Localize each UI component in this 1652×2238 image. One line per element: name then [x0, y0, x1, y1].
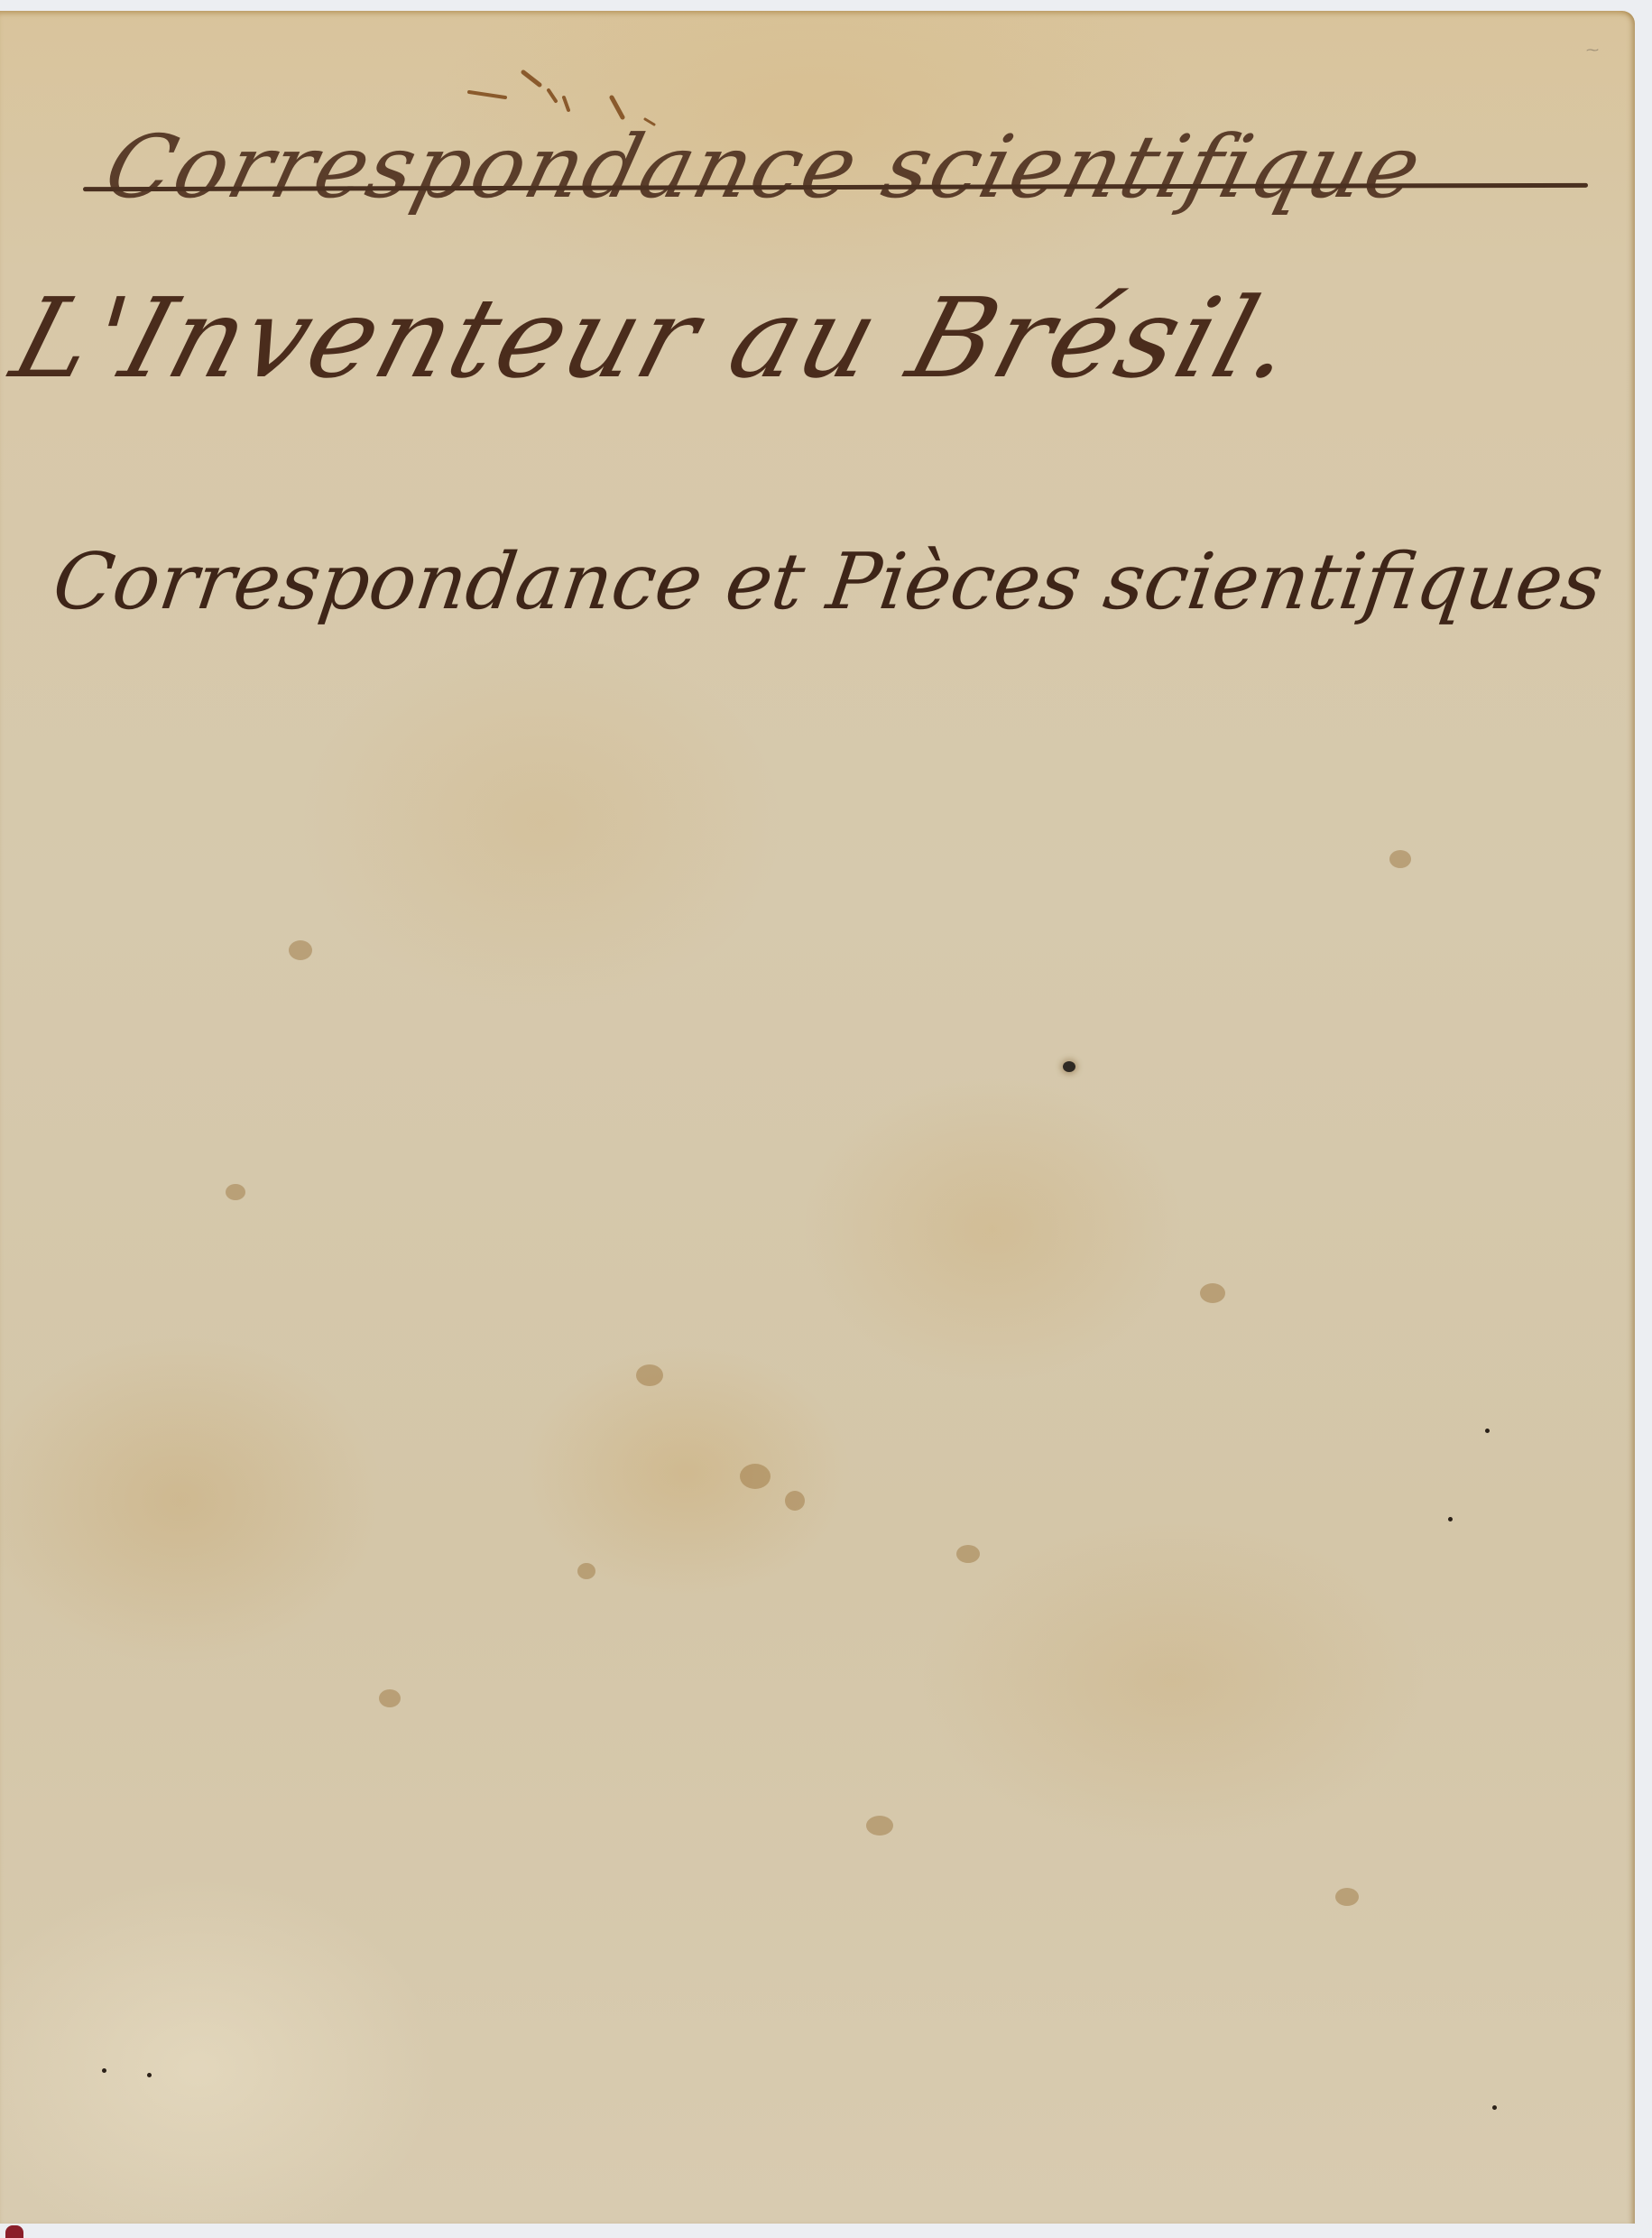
foxing-spot [740, 1464, 771, 1489]
foxing-spot [1200, 1283, 1225, 1303]
foxing-spot [577, 1563, 595, 1579]
ink-dot [102, 2068, 106, 2073]
document-title: L'Inventeur au Brésil. [0, 271, 1313, 406]
foxing-spot [636, 1364, 663, 1386]
foxing-spot [379, 1689, 401, 1707]
foxing-spot [226, 1184, 245, 1200]
foxing-spot [866, 1816, 893, 1836]
ink-dot [147, 2073, 152, 2077]
document-subtitle: Correspondance et Pièces scientifiques [47, 532, 1609, 632]
pencil-mark: ⁓ [1586, 43, 1599, 58]
foxing-spot [956, 1545, 980, 1563]
struck-heading: Correspondance scientifique [96, 117, 1432, 217]
library-stamp [5, 2225, 23, 2238]
ink-dot [1485, 1429, 1490, 1433]
ink-dot [1492, 2105, 1497, 2110]
foxing-spot [1389, 850, 1411, 868]
foxing-spot [785, 1491, 805, 1511]
foxing-spot [1335, 1888, 1359, 1906]
ink-blot [1063, 1061, 1075, 1072]
foxing-spot [289, 940, 312, 960]
ink-dot [1448, 1517, 1453, 1521]
